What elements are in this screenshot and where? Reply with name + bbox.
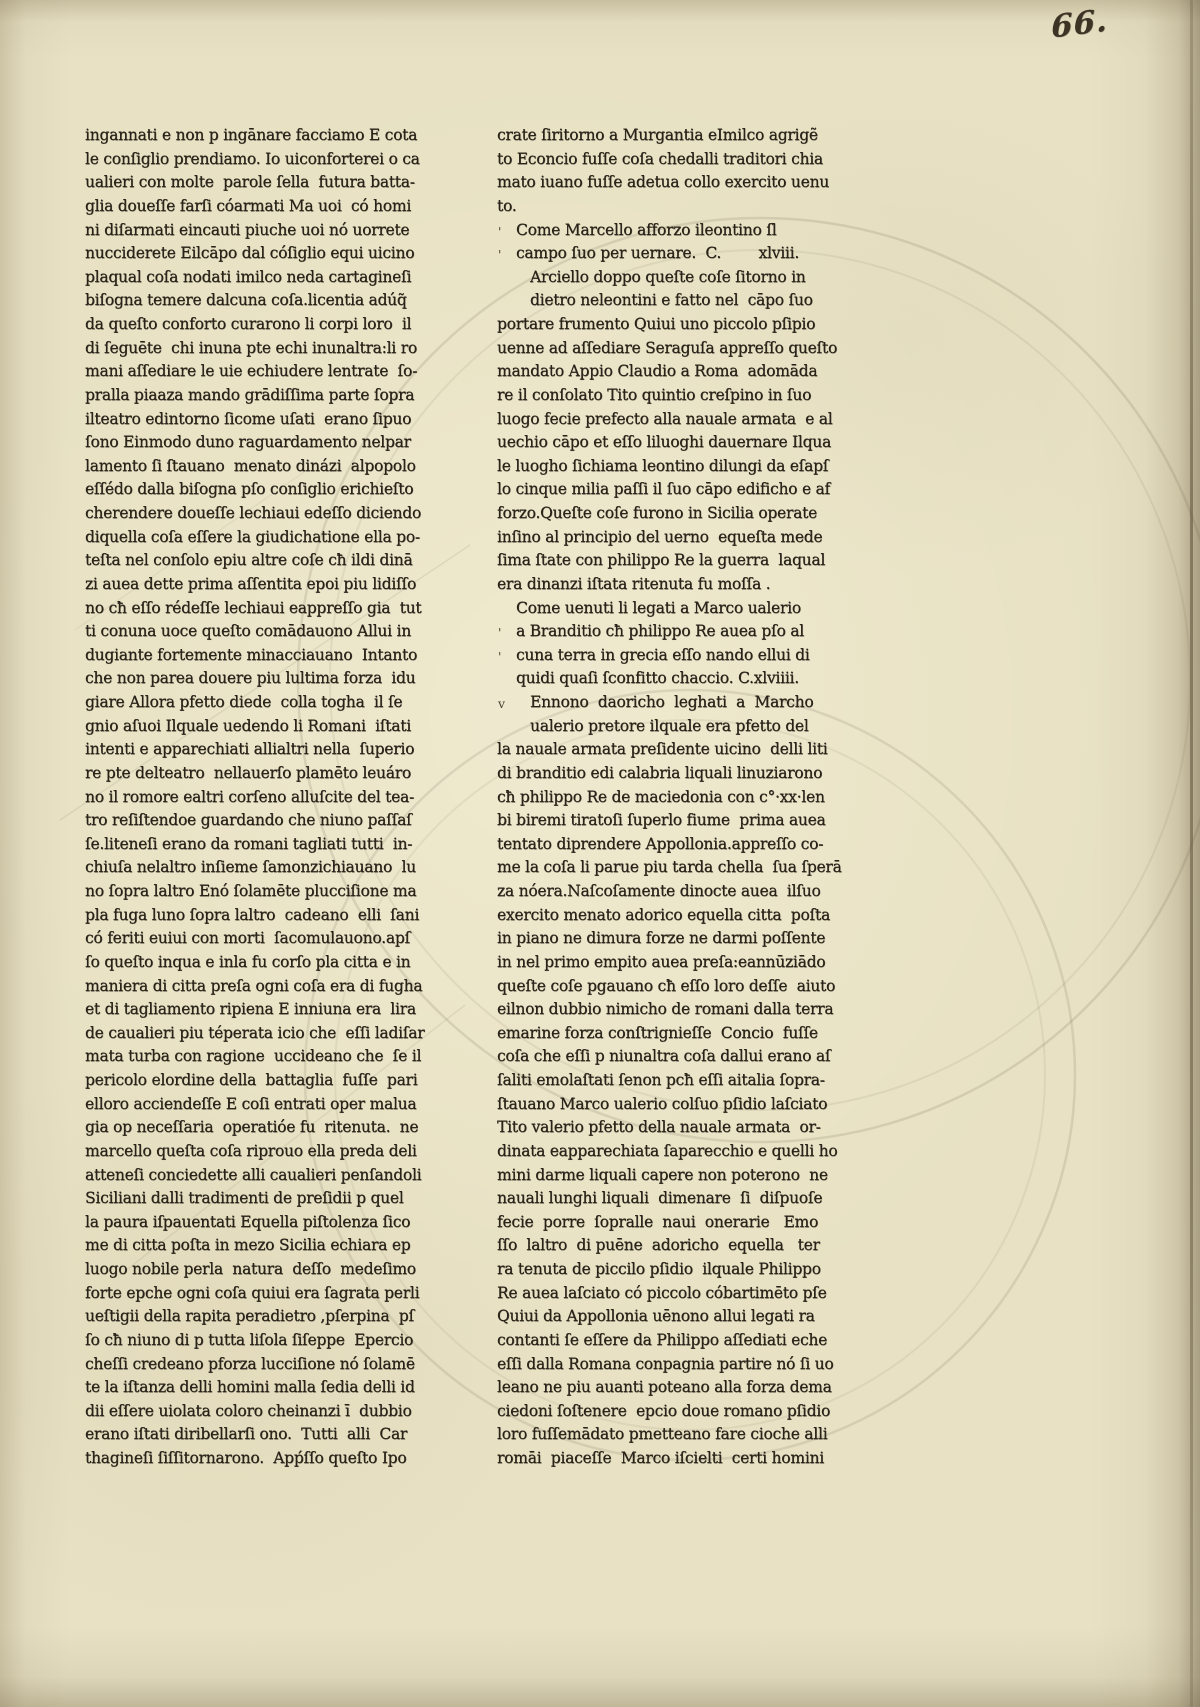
text-line: ilteatro edintorno ſicome uſati erano ſi… <box>85 408 441 432</box>
line-text: Tito valerio pfetto della nauale armata … <box>497 1118 821 1136</box>
text-line: bi biremi tiratoſi ſuperlo fiume prima a… <box>497 809 853 833</box>
text-line: eilnon dubbio nimicho de romani dalla te… <box>497 998 853 1022</box>
line-text: Arciello doppo queſte coſe ſitorno in <box>530 268 806 286</box>
text-line: la nauale armata preſidente uicino delli… <box>497 738 853 762</box>
text-line: forzo.Queſte coſe furono in Sicilia oper… <box>497 502 853 526</box>
line-text: nucciderete Eilcāpo dal cóſiglio equi ui… <box>85 244 414 262</box>
line-text: coſa che eſſi p niunaltra coſa dallui er… <box>497 1047 830 1065</box>
line-text: thagineſi ſiſſitornarono. Apṕſſo queſto … <box>85 1449 406 1467</box>
line-text: dii eſſere uiolata coloro cheinanzi ī du… <box>85 1402 412 1420</box>
line-text: Re auea laſciato có piccolo cóbartimēto … <box>497 1284 827 1302</box>
text-line: mandato Appio Claudio a Roma adomāda <box>497 360 853 384</box>
chapter-heading-line: 'Come Marcello afforzo ileontino ſl <box>497 219 853 243</box>
text-line: et di tagliamento ripiena E inniuna era … <box>85 998 441 1022</box>
text-line: dii eſſere uiolata coloro cheinanzi ī du… <box>85 1400 441 1424</box>
line-text: me la coſa li parue piu tarda chella ſua… <box>497 858 842 876</box>
text-line: luogo nobile perla natura deſſo medeſimo <box>85 1258 441 1282</box>
text-line: teſta nel conſolo epiu altre coſe cħ ild… <box>85 549 441 573</box>
line-text: có feriti euiui con morti ſacomulauono.a… <box>85 929 410 947</box>
text-line: ni diſarmati eincauti piuche uoi nó uorr… <box>85 219 441 243</box>
text-line: ſima ſtate con philippo Re la guerra laq… <box>497 549 853 573</box>
line-text: teſta nel conſolo epiu altre coſe cħ ild… <box>85 551 413 569</box>
line-text: la nauale armata preſidente uicino delli… <box>497 740 827 758</box>
line-text: uechio cāpo et eſſo liluoghi dauernare I… <box>497 433 831 451</box>
chapter-heading-line: quidi quaſi ſconfitto chaccio. C.xlviiii… <box>497 667 853 691</box>
chapter-heading-line: 'cuna terra in grecia eſſo nando ellui d… <box>497 644 853 668</box>
line-text: ingannati e non p ingānare facciamo E co… <box>85 126 417 144</box>
text-line: inſino al principio del uerno equeſta me… <box>497 526 853 550</box>
text-line: plaqual coſa nodati imilco neda cartagin… <box>85 266 441 290</box>
text-line: me la coſa li parue piu tarda chella ſua… <box>497 856 853 880</box>
line-text: emarine forza conſtrignieſſe Concio fuſſ… <box>497 1024 818 1042</box>
text-line: intenti e apparechiati allialtri nella ſ… <box>85 738 441 762</box>
line-text: ſſo laltro di puēne adoricho equella ter <box>497 1236 820 1254</box>
line-text: giare Allora pfetto diede colla togha il… <box>85 693 402 711</box>
text-line: tentato diprendere Appollonia.appreſſo c… <box>497 833 853 857</box>
text-line: uechio cāpo et eſſo liluoghi dauernare I… <box>497 431 853 455</box>
line-text: eſſédo dalla biſogna pſo conſiglio erich… <box>85 480 413 498</box>
line-text: cħ philippo Re de maciedonia con c°·xx·l… <box>497 788 825 806</box>
text-line: pralla piaaza mando grādiſſima parte ſop… <box>85 384 441 408</box>
line-text: ſo cħ niuno di p tutta liſola ſiſeppe Ep… <box>85 1331 413 1349</box>
line-text: leano ne piu auanti poteano alla forza d… <box>497 1378 832 1396</box>
text-line: ueſtigii della rapita peradietro ,pſerpi… <box>85 1305 441 1329</box>
text-line: marcello queſta coſa riprouo ella preda … <box>85 1140 441 1164</box>
chapter-heading-line: Come uenuti li legati a Marco ualerio <box>497 597 853 621</box>
text-line: diquella coſa eſſere la giudichatione el… <box>85 526 441 550</box>
text-line: in piano ne dimura forze ne darmi poſſen… <box>497 927 853 951</box>
text-line: chiuſa nelaltro inſieme ſamonzichiauano … <box>85 856 441 880</box>
text-line: mini darme liquali capere non poterono n… <box>497 1164 853 1188</box>
line-text: dinata eapparechiata ſaparecchio e quell… <box>497 1142 837 1160</box>
text-line: loro fuſſemādato pmetteano fare cioche a… <box>497 1423 853 1447</box>
text-line: biſogna temere dalcuna coſa.licentia adú… <box>85 289 441 313</box>
line-text: zi auea dette prima aſſentita epoi piu l… <box>85 575 416 593</box>
text-line: ualieri con molte parole ſella futura ba… <box>85 171 441 195</box>
line-text: che non parea douere piu lultima forza i… <box>85 669 415 687</box>
margin-mark: ' <box>498 220 501 244</box>
line-text: nauali lunghi liquali dimenare ſi diſpuo… <box>497 1189 822 1207</box>
text-line: nauali lunghi liquali dimenare ſi diſpuo… <box>497 1187 853 1211</box>
text-line: mato iuano fuſſe adetua collo exercito u… <box>497 171 853 195</box>
line-text: luogo nobile perla natura deſſo medeſimo <box>85 1260 416 1278</box>
line-text: te la iſtanza delli homini malla ſedia d… <box>85 1378 415 1396</box>
text-line: ſaliti emolaſtati ſenon pcħ eſſi aitalia… <box>497 1069 853 1093</box>
text-line: leano ne piu auanti poteano alla forza d… <box>497 1376 853 1400</box>
line-text: tentato diprendere Appollonia.appreſſo c… <box>497 835 823 853</box>
line-text: di ſeguēte chi inuna pte echi inunaltra:… <box>85 339 417 357</box>
text-line: emarine forza conſtrignieſſe Concio fuſſ… <box>497 1022 853 1046</box>
line-text: ſono Einmodo duno raguardamento nelpar <box>85 433 411 451</box>
text-line: le conſiglio prendiamo. Io uiconforterei… <box>85 148 441 172</box>
line-text: diquella coſa eſſere la giudichatione el… <box>85 528 420 546</box>
line-text: exercito menato adorico equella citta po… <box>497 906 830 924</box>
text-line: dugiante fortemente minacciauano Intanto <box>85 644 441 668</box>
line-text: pralla piaaza mando grādiſſima parte ſop… <box>85 386 414 404</box>
text-line: coſa che eſſi p niunaltra coſa dallui er… <box>497 1045 853 1069</box>
text-line: in nel primo empito auea preſa:eannūziād… <box>497 951 853 975</box>
text-line: di ſeguēte chi inuna pte echi inunaltra:… <box>85 337 441 361</box>
line-text: no cħ eſſo rédeſſe lechiaui eappreſſo gi… <box>85 599 421 617</box>
text-line: no il romore ealtri corſeno alluſcite de… <box>85 786 441 810</box>
line-text: mani aſſediare le uie echiudere lentrate… <box>85 362 417 380</box>
text-line: no cħ eſſo rédeſſe lechiaui eappreſſo gi… <box>85 597 441 621</box>
text-line: lamento ſi ſtauano menato dinázi alpopol… <box>85 455 441 479</box>
text-line: ſe.liteneſi erano da romani tagliati tut… <box>85 833 441 857</box>
line-text: gia op neceſſaria operatióe fu ritenuta.… <box>85 1118 418 1136</box>
line-text: a Branditio cħ philippo Re auea pſo al <box>516 622 804 640</box>
text-line: che non parea douere piu lultima forza i… <box>85 667 441 691</box>
text-line: thagineſi ſiſſitornarono. Apṕſſo queſto … <box>85 1447 441 1471</box>
folio-number: 66. <box>1051 2 1108 45</box>
line-text: quidi quaſi ſconfitto chaccio. C.xlviiii… <box>516 669 799 687</box>
line-text: to. <box>497 197 516 215</box>
text-line: có feriti euiui con morti ſacomulauono.a… <box>85 927 441 951</box>
line-text: bi biremi tiratoſi ſuperlo fiume prima a… <box>497 811 826 829</box>
line-text: me di citta poſta in mezo Sicilia echiar… <box>85 1236 410 1254</box>
line-text: ſtauano Marco ualerio colſuo pſidio laſc… <box>497 1095 827 1113</box>
text-line: cherendere doueſſe lechiaui edeſſo dicie… <box>85 502 441 526</box>
text-line: portare frumento Quiui uno piccolo pſipi… <box>497 313 853 337</box>
line-text: erano iſtati diribellarſi ono. Tutti all… <box>85 1425 407 1443</box>
text-line: tro reſiſtendoe guardando che niuno paſſ… <box>85 809 441 833</box>
text-line: Siciliani dalli tradimenti de preſidii p… <box>85 1187 441 1211</box>
text-line: re il conſolato Tito quintio creſpino in… <box>497 384 853 408</box>
line-text: ueſtigii della rapita peradietro ,pſerpi… <box>85 1307 414 1325</box>
text-line: Tito valerio pfetto della nauale armata … <box>497 1116 853 1140</box>
line-text: glia doueſſe farſi cóarmati Ma uoi có ho… <box>85 197 411 215</box>
line-text: campo ſuo per uernare. C. xlviii. <box>516 244 799 262</box>
line-text: za nóera.Naſcoſamente dinocte auea ilſuo <box>497 882 821 900</box>
line-text: intenti e apparechiati allialtri nella ſ… <box>85 740 414 758</box>
text-line: de caualieri piu téperata icio che eſſi … <box>85 1022 441 1046</box>
text-line: ra tenuta de piccilo pſidio ilquale Phil… <box>497 1258 853 1282</box>
line-text: ni diſarmati eincauti piuche uoi nó uorr… <box>85 221 409 239</box>
text-line: to. <box>497 195 853 219</box>
text-line: te la iſtanza delli homini malla ſedia d… <box>85 1376 441 1400</box>
line-text: pla fuga luno ſopra laltro cadeano elli … <box>85 906 419 924</box>
line-text: Siciliani dalli tradimenti de preſidii p… <box>85 1189 404 1207</box>
text-line: zi auea dette prima aſſentita epoi piu l… <box>85 573 441 597</box>
text-line: forte epche ogni coſa quiui era ſagrata … <box>85 1282 441 1306</box>
text-line: erano iſtati diribellarſi ono. Tutti all… <box>85 1423 441 1447</box>
text-line: giare Allora pfetto diede colla togha il… <box>85 691 441 715</box>
line-text: in piano ne dimura forze ne darmi poſſen… <box>497 929 825 947</box>
line-text: ciedoni ſoſtenere epcio doue romano pſid… <box>497 1402 830 1420</box>
line-text: dugiante fortemente minacciauano Intanto <box>85 646 417 664</box>
text-line: di branditio edi calabria liquali linuzi… <box>497 762 853 786</box>
text-line: pla fuga luno ſopra laltro cadeano elli … <box>85 904 441 928</box>
text-line: dietro neleontini e fatto nel cāpo ſuo <box>497 289 853 313</box>
rubricator-guide-letter: v <box>498 692 505 716</box>
text-line: Re auea laſciato có piccolo cóbartimēto … <box>497 1282 853 1306</box>
text-line: ciedoni ſoſtenere epcio doue romano pſid… <box>497 1400 853 1424</box>
line-text: to Econcio fuſſe coſa chedalli traditori… <box>497 150 823 168</box>
text-line: lo cinque milia paſſi il ſuo cāpo edific… <box>497 478 853 502</box>
text-line: ualerio pretore ilquale era pfetto del <box>497 715 853 739</box>
line-text: ſo queſto inqua e inla fu corſo pla citt… <box>85 953 410 971</box>
line-text: queſte coſe pgauano cħ eſſo loro deſſe a… <box>497 977 835 995</box>
text-line: ti conuna uoce queſto comādauono Allui i… <box>85 620 441 644</box>
text-line: contanti ſe eſſere da Philippo aſſediati… <box>497 1329 853 1353</box>
line-text: atteneſi conciedette alli caualieri penſ… <box>85 1166 421 1184</box>
line-text: fecie porre ſopralle naui onerarie Emo <box>497 1213 818 1231</box>
text-line: re pte delteatro nellauerſo plamēto leuá… <box>85 762 441 786</box>
line-text: portare frumento Quiui uno piccolo pſipi… <box>497 315 815 333</box>
line-text: lamento ſi ſtauano menato dinázi alpopol… <box>85 457 416 475</box>
text-line: romāi piaceſſe Marco iſcielti certi homi… <box>497 1447 853 1471</box>
line-text: ra tenuta de piccilo pſidio ilquale Phil… <box>497 1260 821 1278</box>
text-line: za nóera.Naſcoſamente dinocte auea ilſuo <box>497 880 853 904</box>
text-line: ſo queſto inqua e inla fu corſo pla citt… <box>85 951 441 975</box>
text-line: Arciello doppo queſte coſe ſitorno in <box>497 266 853 290</box>
line-text: Quiui da Appollonia uēnono allui legati … <box>497 1307 815 1325</box>
line-text: ualieri con molte parole ſella futura ba… <box>85 173 415 191</box>
line-text: et di tagliamento ripiena E inniuna era … <box>85 1000 416 1018</box>
line-text: forzo.Queſte coſe furono in Sicilia oper… <box>497 504 817 522</box>
line-text: cherendere doueſſe lechiaui edeſſo dicie… <box>85 504 421 522</box>
line-text: re pte delteatro nellauerſo plamēto leuá… <box>85 764 411 782</box>
line-text: le conſiglio prendiamo. Io uiconforterei… <box>85 150 420 168</box>
line-text: re il conſolato Tito quintio creſpino in… <box>497 386 811 404</box>
text-line: gnio aſuoi Ilquale uedendo li Romani iſt… <box>85 715 441 739</box>
line-text: mini darme liquali capere non poterono n… <box>497 1166 828 1184</box>
text-line: elloro acciendeſſe E coſi entrati oper m… <box>85 1093 441 1117</box>
line-text: chiuſa nelaltro inſieme ſamonzichiauano … <box>85 858 416 876</box>
line-text: eilnon dubbio nimicho de romani dalla te… <box>497 1000 833 1018</box>
text-line: ſtauano Marco ualerio colſuo pſidio laſc… <box>497 1093 853 1117</box>
text-line: queſte coſe pgauano cħ eſſo loro deſſe a… <box>497 975 853 999</box>
text-line: pericolo elordine della battaglia fuſſe … <box>85 1069 441 1093</box>
line-text: ſima ſtate con philippo Re la guerra laq… <box>497 551 825 569</box>
text-line: to Econcio fuſſe coſa chedalli traditori… <box>497 148 853 172</box>
text-line: ingannati e non p ingānare facciamo E co… <box>85 124 441 148</box>
line-text: ſe.liteneſi erano da romani tagliati tut… <box>85 835 412 853</box>
line-text: Come uenuti li legati a Marco ualerio <box>516 599 801 617</box>
line-text: uenne ad aſſediare Seraguſa appreſſo que… <box>497 339 837 357</box>
chapter-heading-line: 'a Branditio cħ philippo Re auea pſo al <box>497 620 853 644</box>
line-text: no ſopra laltro Enó ſolamēte plucciſione… <box>85 882 416 900</box>
line-text: tro reſiſtendoe guardando che niuno paſſ… <box>85 811 412 829</box>
line-text: no il romore ealtri corſeno alluſcite de… <box>85 788 414 806</box>
line-text: pericolo elordine della battaglia fuſſe … <box>85 1071 417 1089</box>
text-column-left: ingannati e non p ingānare facciamo E co… <box>85 124 441 1471</box>
text-line: mata turba con ragione uccideano che ſe … <box>85 1045 441 1069</box>
line-text: ſaliti emolaſtati ſenon pcħ eſſi aitalia… <box>497 1071 825 1089</box>
text-line: eſſi dalla Romana conpagnia partire nó ſ… <box>497 1353 853 1377</box>
chapter-heading-line: 'campo ſuo per uernare. C. xlviii. <box>497 242 853 266</box>
line-text: romāi piaceſſe Marco iſcielti certi homi… <box>497 1449 824 1467</box>
line-text: da queſto conforto curarono li corpi lor… <box>85 315 411 333</box>
line-text: ilteatro edintorno ſicome uſati erano ſi… <box>85 410 411 428</box>
margin-mark: ' <box>498 243 501 267</box>
text-line: luogo fecie prefecto alla nauale armata … <box>497 408 853 432</box>
text-line: la paura iſpauentati Equella piſtolenza … <box>85 1211 441 1235</box>
text-line: glia doueſſe farſi cóarmati Ma uoi có ho… <box>85 195 441 219</box>
text-line: gia op neceſſaria operatióe fu ritenuta.… <box>85 1116 441 1140</box>
line-text: cheſſi credeano pforza lucciſione nó ſol… <box>85 1355 415 1373</box>
line-text: mandato Appio Claudio a Roma adomāda <box>497 362 817 380</box>
margin-mark: ' <box>498 621 501 645</box>
line-text: era dinanzi iſtata ritenuta fu moſſa . <box>497 575 770 593</box>
text-line: cheſſi credeano pforza lucciſione nó ſol… <box>85 1353 441 1377</box>
text-line: nucciderete Eilcāpo dal cóſiglio equi ui… <box>85 242 441 266</box>
text-line: da queſto conforto curarono li corpi lor… <box>85 313 441 337</box>
text-line: le luogho ſichiama leontino dilungi da e… <box>497 455 853 479</box>
text-line: exercito menato adorico equella citta po… <box>497 904 853 928</box>
line-text: Come Marcello afforzo ileontino ſl <box>516 221 776 239</box>
scanned-book-page: { "page": { "folio": "66." }, "colors": … <box>0 0 1200 1707</box>
line-text: cuna terra in grecia eſſo nando ellui di <box>516 646 810 664</box>
margin-mark: ' <box>498 645 501 669</box>
text-line: ſono Einmodo duno raguardamento nelpar <box>85 431 441 455</box>
text-line: dinata eapparechiata ſaparecchio e quell… <box>497 1140 853 1164</box>
line-text: contanti ſe eſſere da Philippo aſſediati… <box>497 1331 827 1349</box>
text-line: fecie porre ſopralle naui onerarie Emo <box>497 1211 853 1235</box>
line-text: di branditio edi calabria liquali linuzi… <box>497 764 822 782</box>
text-line: uenne ad aſſediare Seraguſa appreſſo que… <box>497 337 853 361</box>
line-text: luogo fecie prefecto alla nauale armata … <box>497 410 832 428</box>
page-edge-crease <box>1190 0 1193 1707</box>
line-text: dietro neleontini e fatto nel cāpo ſuo <box>530 291 813 309</box>
line-text: lo cinque milia paſſi il ſuo cāpo edific… <box>497 480 830 498</box>
line-text: loro fuſſemādato pmetteano fare cioche a… <box>497 1425 827 1443</box>
line-text: eſſi dalla Romana conpagnia partire nó ſ… <box>497 1355 834 1373</box>
text-line: crate ſiritorno a Murgantia eImilco agri… <box>497 124 853 148</box>
text-line: ſo cħ niuno di p tutta liſola ſiſeppe Ep… <box>85 1329 441 1353</box>
text-line: me di citta poſta in mezo Sicilia echiar… <box>85 1234 441 1258</box>
text-line: atteneſi conciedette alli caualieri penſ… <box>85 1164 441 1188</box>
text-column-right: crate ſiritorno a Murgantia eImilco agri… <box>497 124 853 1471</box>
line-text: in nel primo empito auea preſa:eannūziād… <box>497 953 825 971</box>
text-line: Quiui da Appollonia uēnono allui legati … <box>497 1305 853 1329</box>
line-text: elloro acciendeſſe E coſi entrati oper m… <box>85 1095 416 1113</box>
line-text: inſino al principio del uerno equeſta me… <box>497 528 822 546</box>
line-text: Ennono daoricho leghati a Marcho <box>530 693 813 711</box>
line-text: de caualieri piu téperata icio che eſſi … <box>85 1024 424 1042</box>
line-text: forte epche ogni coſa quiui era ſagrata … <box>85 1284 419 1302</box>
line-text: ualerio pretore ilquale era pfetto del <box>530 717 809 735</box>
line-text: plaqual coſa nodati imilco neda cartagin… <box>85 268 411 286</box>
text-line: eſſédo dalla biſogna pſo conſiglio erich… <box>85 478 441 502</box>
line-text: marcello queſta coſa riprouo ella preda … <box>85 1142 417 1160</box>
line-text: ti conuna uoce queſto comādauono Allui i… <box>85 622 411 640</box>
text-line: maniera di citta preſa ogni coſa era di … <box>85 975 441 999</box>
line-text: gnio aſuoi Ilquale uedendo li Romani iſt… <box>85 717 411 735</box>
line-text: biſogna temere dalcuna coſa.licentia adú… <box>85 291 407 309</box>
line-text: mato iuano fuſſe adetua collo exercito u… <box>497 173 829 191</box>
line-text: le luogho ſichiama leontino dilungi da e… <box>497 457 828 475</box>
text-line: era dinanzi iſtata ritenuta fu moſſa . <box>497 573 853 597</box>
text-line: vEnnono daoricho leghati a Marcho <box>497 691 853 715</box>
text-line: mani aſſediare le uie echiudere lentrate… <box>85 360 441 384</box>
line-text: mata turba con ragione uccideano che ſe … <box>85 1047 421 1065</box>
text-line: no ſopra laltro Enó ſolamēte plucciſione… <box>85 880 441 904</box>
text-line: ſſo laltro di puēne adoricho equella ter <box>497 1234 853 1258</box>
text-line: cħ philippo Re de maciedonia con c°·xx·l… <box>497 786 853 810</box>
line-text: crate ſiritorno a Murgantia eImilco agri… <box>497 126 818 144</box>
line-text: maniera di citta preſa ogni coſa era di … <box>85 977 422 995</box>
line-text: la paura iſpauentati Equella piſtolenza … <box>85 1213 410 1231</box>
